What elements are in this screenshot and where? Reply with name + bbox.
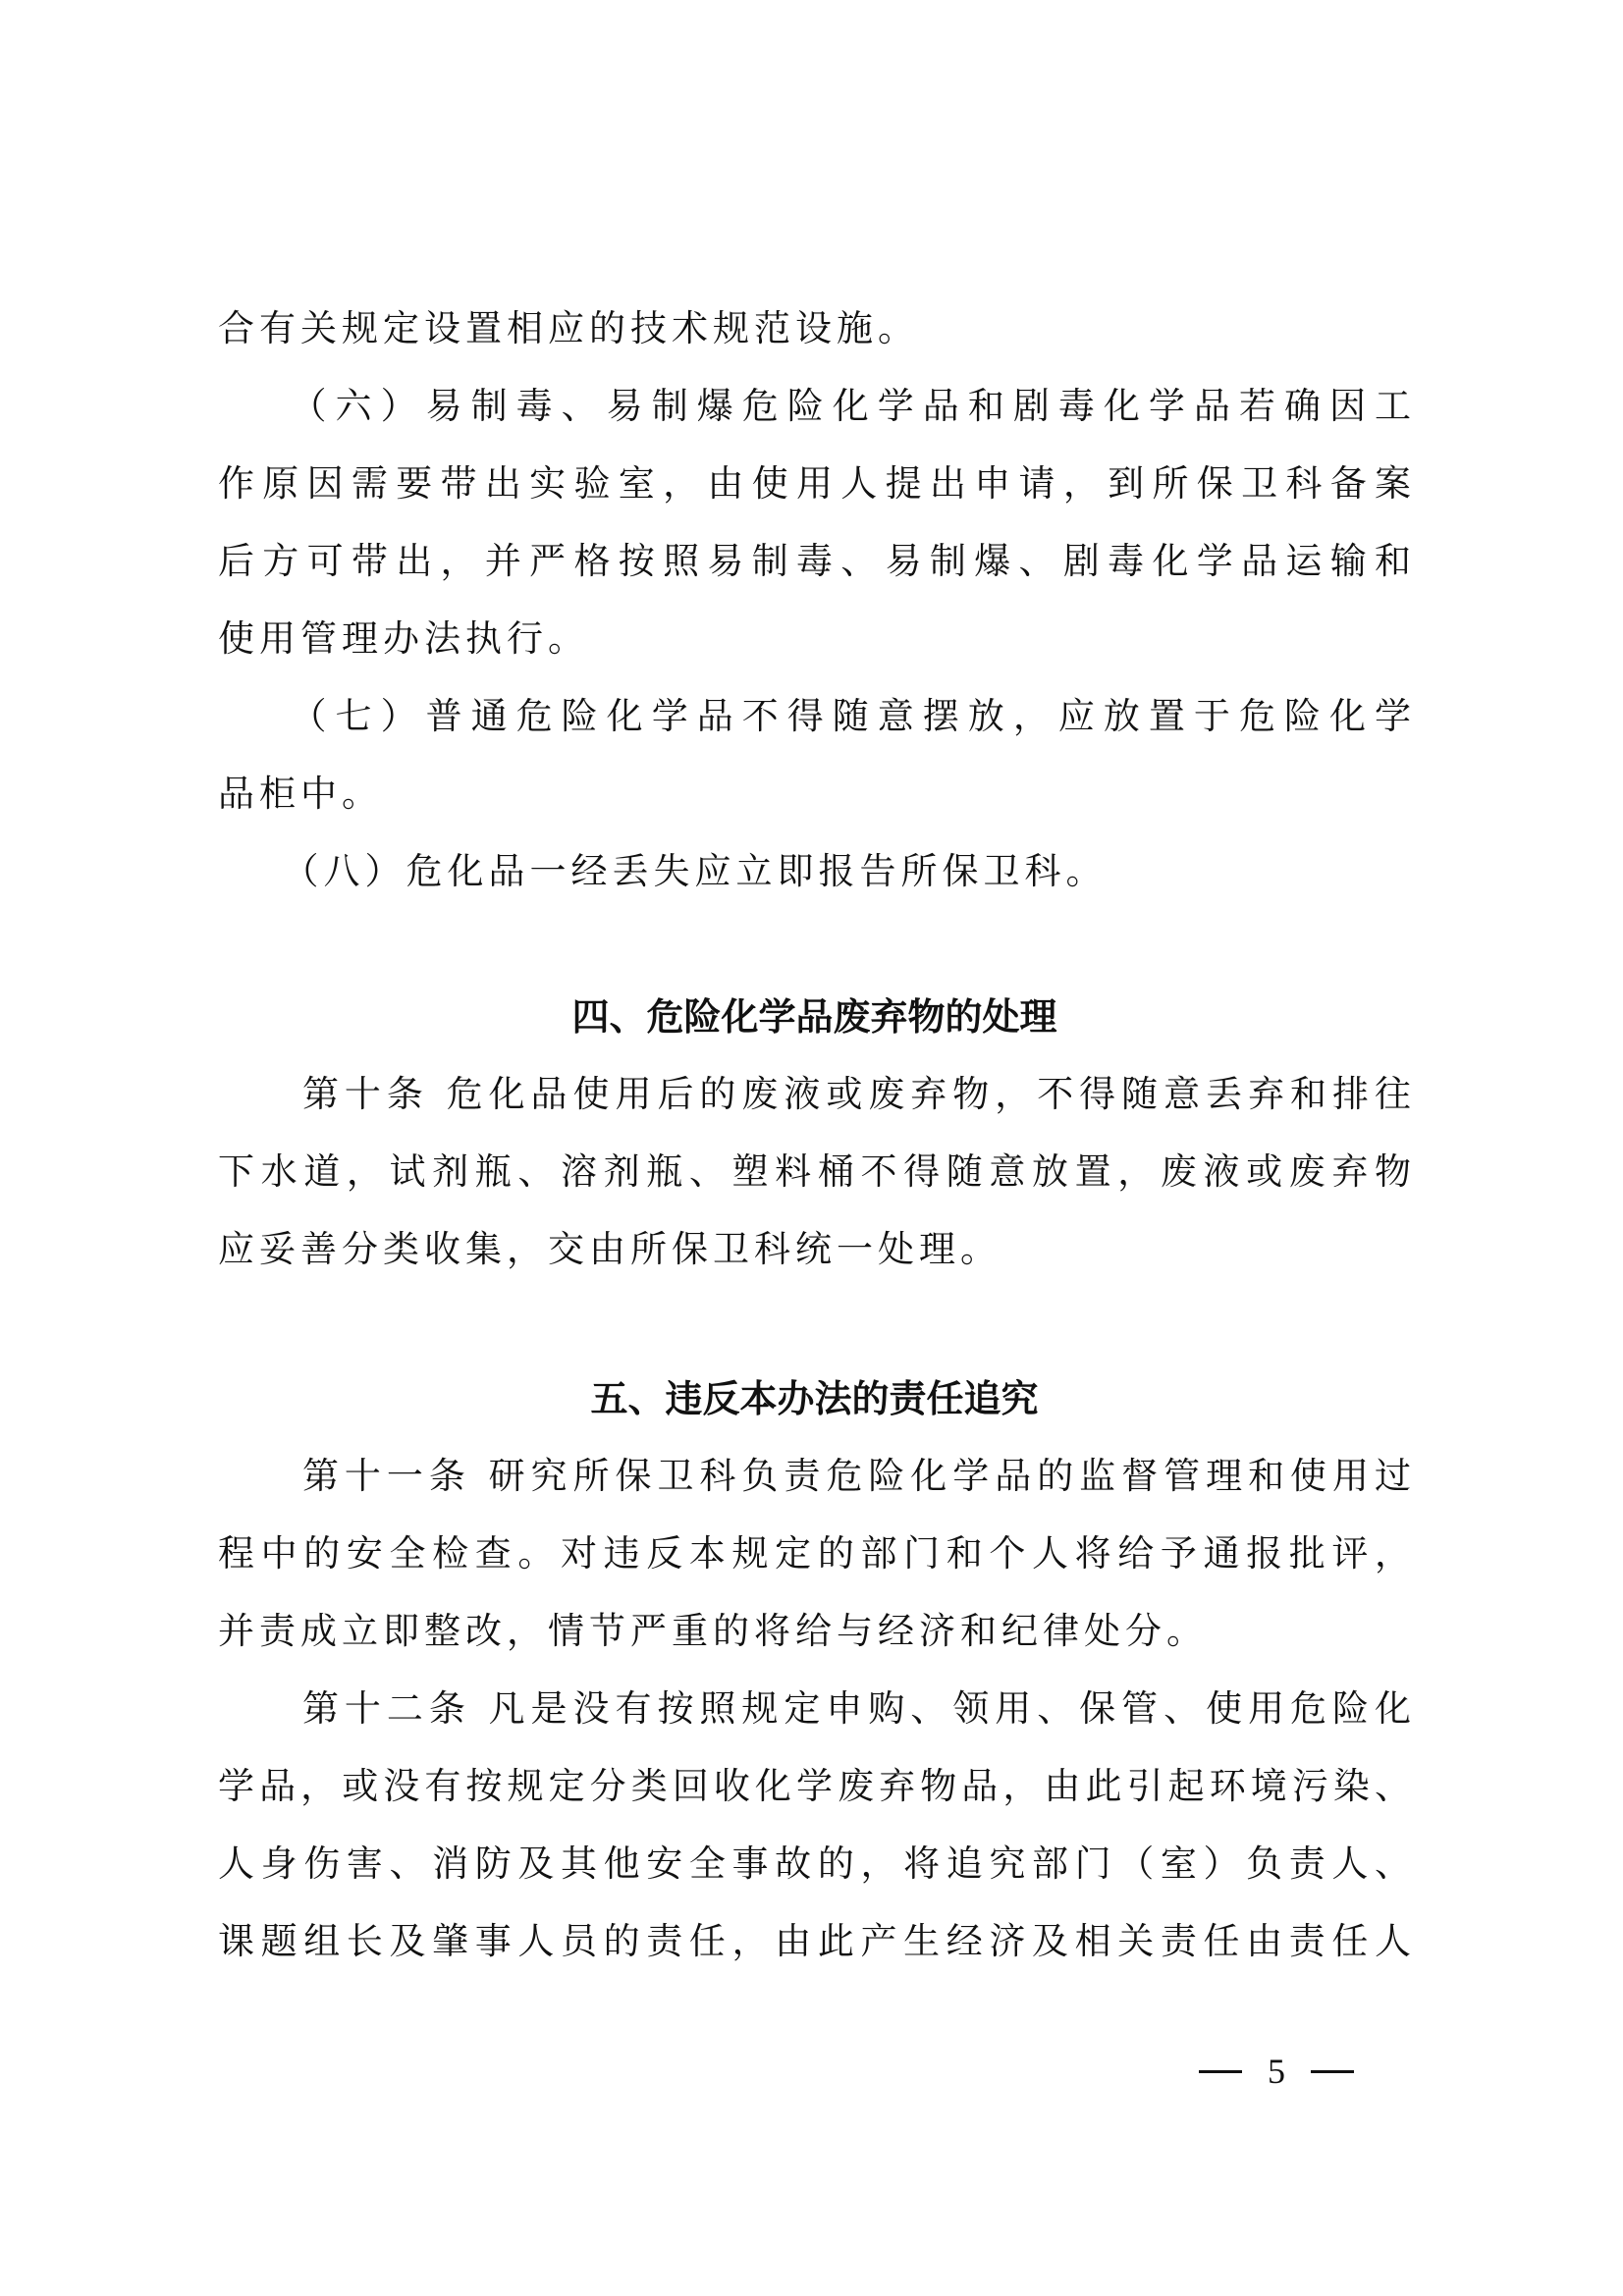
dash-left: [1199, 2070, 1242, 2073]
paragraph-line: 合有关规定设置相应的技术规范设施。: [218, 304, 1411, 353]
paragraph-line: 第十二条 凡是没有按照规定申购、领用、保管、使用危险化: [218, 1684, 1411, 1734]
paragraph-line: 应妥善分类收集，交由所保卫科统一处理。: [218, 1225, 1411, 1274]
paragraph-line: 第十条 危化品使用后的废液或废弃物，不得随意丢弃和排往: [218, 1070, 1411, 1119]
paragraph-line: （七）普通危险化学品不得随意摆放，应放置于危险化学: [218, 692, 1411, 741]
section-heading-4: 四、危险化学品废弃物的处理: [218, 992, 1411, 1041]
paragraph-line: （八）危化品一经丢失应立即报告所保卫科。: [218, 847, 1411, 896]
paragraph-line: 程中的安全检查。对违反本规定的部门和个人将给予通报批评，: [218, 1529, 1411, 1578]
paragraph-line: 并责成立即整改，情节严重的将给与经济和纪律处分。: [218, 1607, 1411, 1656]
paragraph-line: （六）易制毒、易制爆危险化学品和剧毒化学品若确因工: [218, 382, 1411, 431]
paragraph-line: 人身伤害、消防及其他安全事故的，将追究部门（室）负责人、: [218, 1840, 1411, 1889]
paragraph-line: 下水道，试剂瓶、溶剂瓶、塑料桶不得随意放置，废液或废弃物: [218, 1148, 1411, 1197]
paragraph-line: 品柜中。: [218, 770, 1411, 819]
section-heading-5: 五、违反本办法的责任追究: [218, 1374, 1411, 1423]
document-page: 合有关规定设置相应的技术规范设施。 （六）易制毒、易制爆危险化学品和剧毒化学品若…: [0, 0, 1623, 2296]
paragraph-line: 作原因需要带出实验室，由使用人提出申请，到所保卫科备案: [218, 459, 1411, 508]
paragraph-line: 使用管理办法执行。: [218, 614, 1411, 664]
paragraph-line: 后方可带出，并严格按照易制毒、易制爆、剧毒化学品运输和: [218, 537, 1411, 586]
dash-right: [1311, 2070, 1354, 2073]
paragraph-line: 课题组长及肇事人员的责任，由此产生经济及相关责任由责任人: [218, 1917, 1411, 1966]
paragraph-line: 学品，或没有按规定分类回收化学废弃物品，由此引起环境污染、: [218, 1762, 1411, 1811]
paragraph-line: 第十一条 研究所保卫科负责危险化学品的监督管理和使用过: [218, 1452, 1411, 1501]
page-footer: 5: [1168, 2047, 1384, 2096]
page-number: 5: [1268, 2051, 1285, 2092]
